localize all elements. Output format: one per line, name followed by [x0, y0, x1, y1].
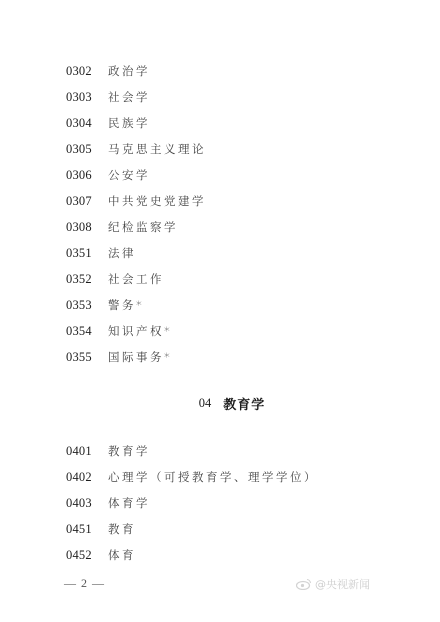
section-title: 教育学 — [223, 394, 265, 413]
discipline-code: 0351 — [66, 244, 108, 262]
discipline-name: 社会学 — [108, 88, 150, 106]
discipline-name: 中共党史党建学 — [108, 192, 206, 210]
section-heading: 04 教育学 — [0, 394, 440, 413]
discipline-name: 体育 — [108, 546, 136, 564]
discipline-name: 公安学 — [108, 166, 150, 184]
discipline-name: 纪检监察学 — [108, 218, 178, 236]
discipline-code: 0308 — [66, 218, 108, 236]
discipline-row: 0303 社会学 — [66, 88, 150, 106]
watermark-text: @央视新闻 — [315, 576, 370, 592]
discipline-row: 0401 教育学 — [66, 442, 150, 460]
discipline-row: 0451 教育 — [66, 520, 136, 538]
discipline-code: 0353 — [66, 296, 108, 314]
discipline-code: 0307 — [66, 192, 108, 210]
discipline-name: 法律 — [108, 244, 136, 262]
discipline-row: 0305 马克思主义理论 — [66, 140, 206, 158]
discipline-row: 0402 心理学（可授教育学、理学学位） — [66, 468, 318, 486]
discipline-row: 0307 中共党史党建学 — [66, 192, 206, 210]
discipline-name: 社会工作 — [108, 270, 164, 288]
discipline-code: 0451 — [66, 520, 108, 538]
discipline-name: 教育 — [108, 520, 136, 538]
discipline-row: 0306 公安学 — [66, 166, 150, 184]
discipline-name: 民族学 — [108, 114, 150, 132]
discipline-code: 0306 — [66, 166, 108, 184]
discipline-name: 马克思主义理论 — [108, 140, 206, 158]
discipline-code: 0303 — [66, 88, 108, 106]
discipline-name: 教育学 — [108, 442, 150, 460]
discipline-row: 0354 知识产权* — [66, 322, 172, 340]
discipline-row: 0403 体育学 — [66, 494, 150, 512]
discipline-code: 0403 — [66, 494, 108, 512]
discipline-row: 0353 警务* — [66, 296, 144, 314]
discipline-name: 体育学 — [108, 494, 150, 512]
discipline-name: 国际事务* — [108, 348, 172, 366]
discipline-row: 0452 体育 — [66, 546, 136, 564]
discipline-row: 0352 社会工作 — [66, 270, 164, 288]
discipline-code: 0305 — [66, 140, 108, 158]
discipline-row: 0304 民族学 — [66, 114, 150, 132]
watermark: @央视新闻 — [296, 576, 370, 592]
discipline-code: 0452 — [66, 546, 108, 564]
discipline-code: 0355 — [66, 348, 108, 366]
discipline-name: 警务* — [108, 296, 144, 314]
discipline-code: 0304 — [66, 114, 108, 132]
discipline-code: 0354 — [66, 322, 108, 340]
discipline-code: 0402 — [66, 468, 108, 486]
discipline-row: 0355 国际事务* — [66, 348, 172, 366]
discipline-name: 知识产权* — [108, 322, 172, 340]
weibo-logo-icon — [296, 578, 312, 590]
discipline-code: 0401 — [66, 442, 108, 460]
discipline-name: 心理学（可授教育学、理学学位） — [108, 468, 318, 486]
page-number: — 2 — — [64, 576, 105, 591]
discipline-row: 0351 法律 — [66, 244, 136, 262]
section-code: 04 — [199, 396, 212, 411]
document-page: 0302 政治学 0303 社会学 0304 民族学 0305 马克思主义理论 … — [0, 0, 440, 622]
discipline-name: 政治学 — [108, 62, 150, 80]
discipline-code: 0302 — [66, 62, 108, 80]
discipline-row: 0308 纪检监察学 — [66, 218, 178, 236]
discipline-code: 0352 — [66, 270, 108, 288]
discipline-row: 0302 政治学 — [66, 62, 150, 80]
